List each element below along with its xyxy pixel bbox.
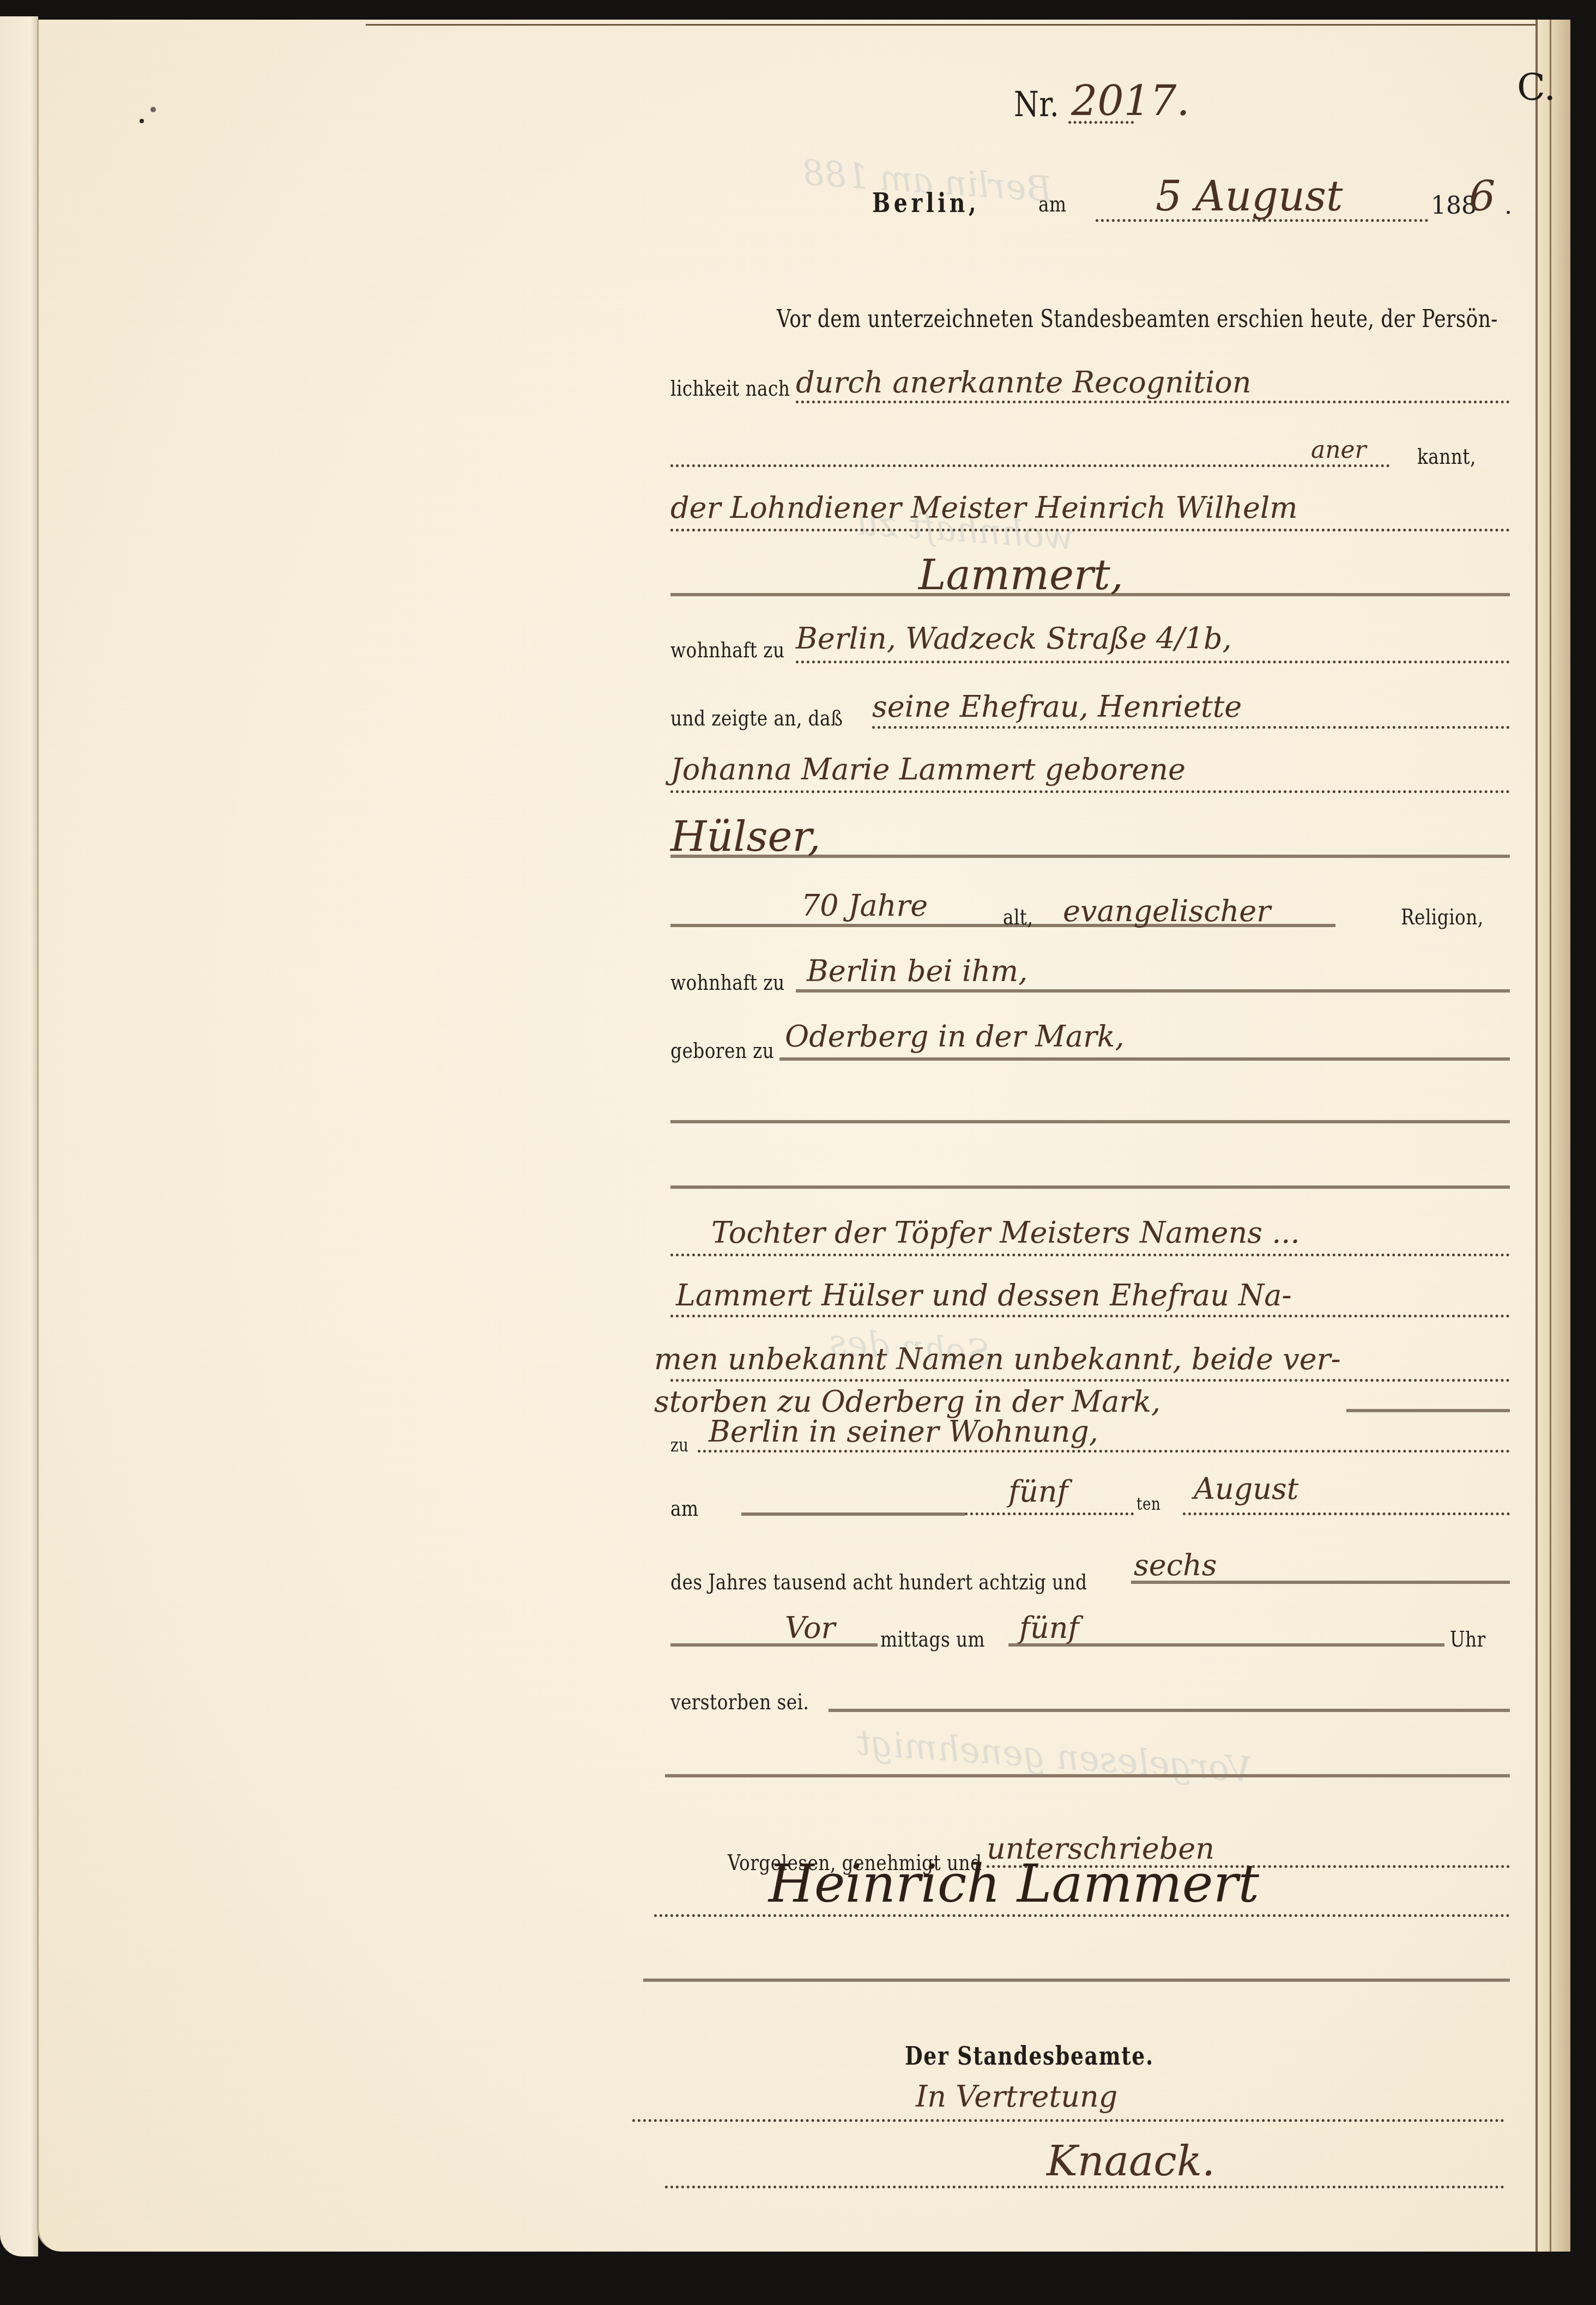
birthplace-rule bbox=[779, 1057, 1510, 1061]
residence-rule bbox=[796, 661, 1510, 663]
residence2-value: Berlin bei ihm, bbox=[807, 954, 1027, 988]
ink-speck bbox=[140, 119, 144, 123]
deceased-phrase-rule bbox=[829, 1709, 1510, 1712]
time-prefix-value: Vor bbox=[785, 1611, 835, 1645]
parents-line-2: Lammert Hülser und dessen Ehefrau Na- bbox=[676, 1278, 1292, 1312]
time-value: fünf bbox=[1019, 1611, 1079, 1645]
declarant-line-2: Lammert, bbox=[918, 550, 1123, 599]
declarant-line-1: der Lohndiener Meister Heinrich Wilhelm bbox=[670, 491, 1297, 525]
registrar-line-1: In Vertretung bbox=[916, 2079, 1117, 2114]
year-handwritten: 6 bbox=[1469, 172, 1495, 220]
parents-line-4: storben zu Oderberg in der Mark, bbox=[654, 1384, 1160, 1419]
age-label: alt, bbox=[1003, 905, 1033, 930]
birthplace-label: geboren zu bbox=[670, 1038, 774, 1063]
blank-rule-2 bbox=[670, 1185, 1510, 1189]
year-text: des Jahres tausend acht hundert achtzig … bbox=[670, 1570, 1087, 1595]
parents-rule-3 bbox=[670, 1379, 1510, 1382]
death-day: fünf bbox=[1008, 1474, 1068, 1509]
death-record-form: Nr. 2017. Berlin, am 5 August 188 6 . Vo… bbox=[632, 0, 1521, 2305]
registrar-title: Der Standesbeamte. bbox=[905, 2041, 1154, 2071]
time-label: mittags um bbox=[880, 1627, 985, 1652]
identity-value: durch anerkannte Recognition bbox=[796, 365, 1252, 400]
deceased-line-3: Hülser, bbox=[670, 812, 821, 861]
registrar-rule-2 bbox=[665, 2186, 1504, 2188]
year-value: sechs bbox=[1134, 1548, 1217, 1582]
death-place-label: zu bbox=[670, 1435, 688, 1456]
identity-suffix: kannt, bbox=[1417, 444, 1476, 469]
residence2-rule bbox=[796, 989, 1510, 993]
birthplace-value: Oderberg in der Mark, bbox=[785, 1019, 1125, 1054]
identity-prefix: lichkeit nach bbox=[670, 376, 790, 401]
parents-line-3: men unbekannt Namen unbekannt, beide ver… bbox=[654, 1342, 1341, 1376]
register-number-label: Nr. bbox=[1014, 84, 1059, 125]
death-day-rule-b bbox=[965, 1513, 1134, 1515]
residence-value: Berlin, Wadzeck Straße 4/1b, bbox=[796, 621, 1232, 656]
deceased-phrase: verstorben sei. bbox=[670, 1690, 809, 1715]
death-date-label: am bbox=[670, 1496, 698, 1521]
identity-rule bbox=[796, 401, 1510, 403]
form-letter: C. bbox=[1517, 66, 1556, 109]
death-day-suffix: ten bbox=[1136, 1493, 1160, 1514]
death-month-rule bbox=[1183, 1513, 1510, 1515]
parents-rule-4 bbox=[1346, 1409, 1510, 1412]
intro-line: Vor dem unterzeichneten Standesbeamten e… bbox=[777, 305, 1498, 333]
register-number: 2017. bbox=[1071, 76, 1190, 125]
signature-rule bbox=[654, 1914, 1510, 1917]
parents-rule-2 bbox=[670, 1315, 1510, 1317]
time-prefix-rule bbox=[670, 1643, 878, 1647]
declarant-signature: Heinrich Lammert bbox=[769, 1853, 1259, 1914]
deceased-rule-1 bbox=[872, 726, 1510, 729]
registrar-signature: Knaack. bbox=[1047, 2137, 1215, 2185]
blank-rule-3 bbox=[665, 1774, 1510, 1777]
date-day-month: 5 August bbox=[1156, 172, 1343, 220]
identity-suffix-hand: aner bbox=[1311, 436, 1367, 464]
residence-label: wohnhaft zu bbox=[670, 638, 784, 663]
death-place-value: Berlin in seiner Wohnung, bbox=[709, 1414, 1098, 1449]
identity-rule-2 bbox=[670, 464, 1390, 467]
announcement-label: und zeigte an, daß bbox=[670, 706, 843, 731]
death-month: August bbox=[1194, 1472, 1299, 1506]
deceased-rule-2 bbox=[670, 790, 1510, 793]
declarant-rule bbox=[670, 529, 1510, 531]
deceased-line-2: Johanna Marie Lammert geborene bbox=[670, 752, 1186, 787]
religion-label: Religion, bbox=[1401, 905, 1484, 930]
page-right-edge bbox=[1535, 20, 1570, 2252]
parents-line-1: Tochter der Töpfer Meisters Namens ... bbox=[711, 1215, 1300, 1250]
place-label: Berlin, bbox=[872, 188, 980, 219]
religion-value: evangelischer bbox=[1063, 894, 1271, 928]
registrar-rule-1 bbox=[632, 2119, 1504, 2122]
residence2-label: wohnhaft zu bbox=[670, 970, 784, 995]
age-value: 70 Jahre bbox=[801, 888, 928, 923]
closing-rule bbox=[643, 1979, 1510, 1982]
death-place-rule bbox=[698, 1450, 1510, 1453]
date-prefix: am bbox=[1038, 192, 1066, 217]
ink-speck bbox=[150, 107, 156, 112]
previous-page-edge bbox=[0, 16, 38, 2256]
deceased-line-1: seine Ehefrau, Henriette bbox=[872, 689, 1242, 724]
parents-rule-1 bbox=[670, 1254, 1510, 1256]
blank-rule-1 bbox=[670, 1120, 1510, 1123]
time-suffix: Uhr bbox=[1450, 1627, 1486, 1652]
year-period: . bbox=[1504, 192, 1512, 220]
death-day-rule-a bbox=[741, 1513, 965, 1516]
